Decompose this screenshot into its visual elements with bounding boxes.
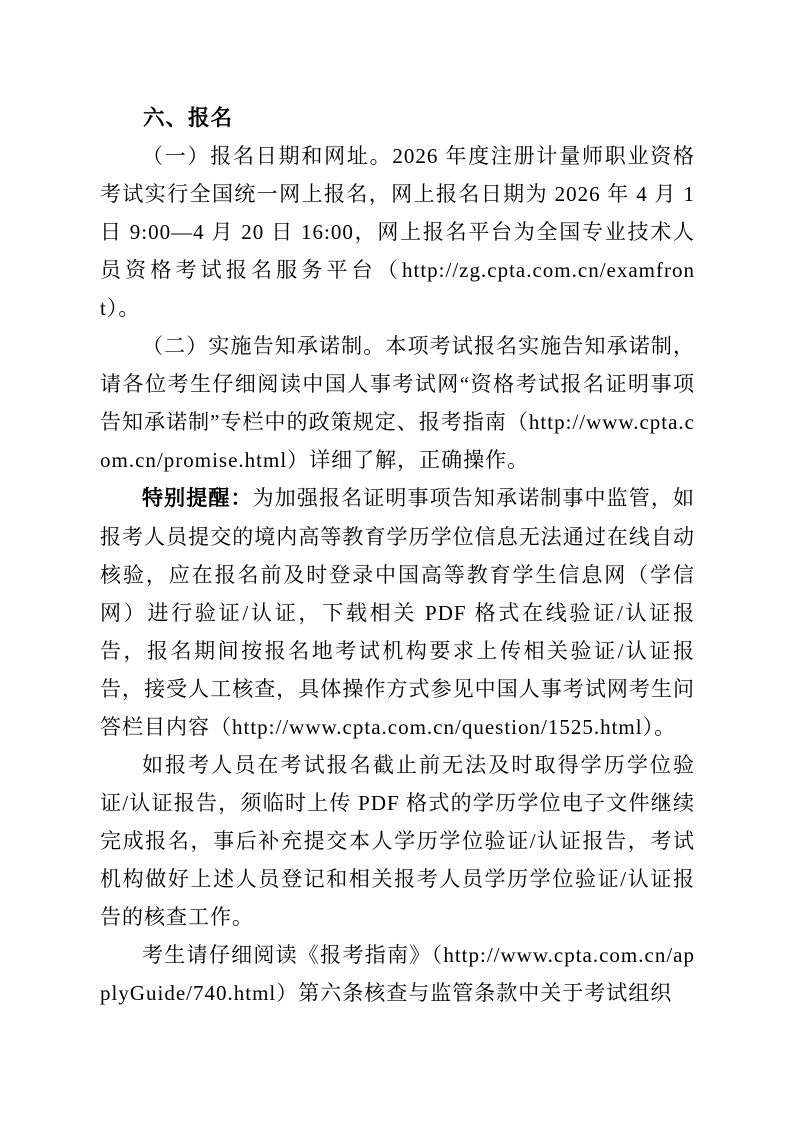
paragraph-text: 考生请仔细阅读《报考指南》（http://www.cpta.com.cn/app…	[100, 943, 695, 1005]
paragraph-text: 为加强报名证明事项告知承诺制事中监管，如报考人员提交的境内高等教育学历学位信息无…	[100, 486, 695, 739]
document-page: 六、报名 （一）报名日期和网址。2026 年度注册计量师职业资格考试实行全国统一…	[0, 0, 794, 1123]
paragraph-text: （一）报名日期和网址。2026 年度注册计量师职业资格考试实行全国统一网上报名，…	[100, 144, 695, 320]
paragraph-special-reminder: 特别提醒：为加强报名证明事项告知承诺制事中监管，如报考人员提交的境内高等教育学历…	[100, 479, 695, 746]
paragraph-text: 如报考人员在考试报名截止前无法及时取得学历学位验证/认证报告，须临时上传 PDF…	[100, 753, 695, 929]
paragraph-commitment-system: （二）实施告知承诺制。本项考试报名实施告知承诺制，请各位考生仔细阅读中国人事考试…	[100, 327, 695, 479]
paragraph-supplementary-verification: 如报考人员在考试报名截止前无法及时取得学历学位验证/认证报告，须临时上传 PDF…	[100, 746, 695, 936]
paragraph-apply-guide: 考生请仔细阅读《报考指南》（http://www.cpta.com.cn/app…	[100, 936, 695, 1012]
paragraph-text: （二）实施告知承诺制。本项考试报名实施告知承诺制，请各位考生仔细阅读中国人事考试…	[100, 334, 695, 472]
special-reminder-label: 特别提醒：	[142, 487, 253, 510]
paragraph-registration-date-and-website: （一）报名日期和网址。2026 年度注册计量师职业资格考试实行全国统一网上报名，…	[100, 137, 695, 327]
section-heading: 六、报名	[100, 99, 695, 137]
